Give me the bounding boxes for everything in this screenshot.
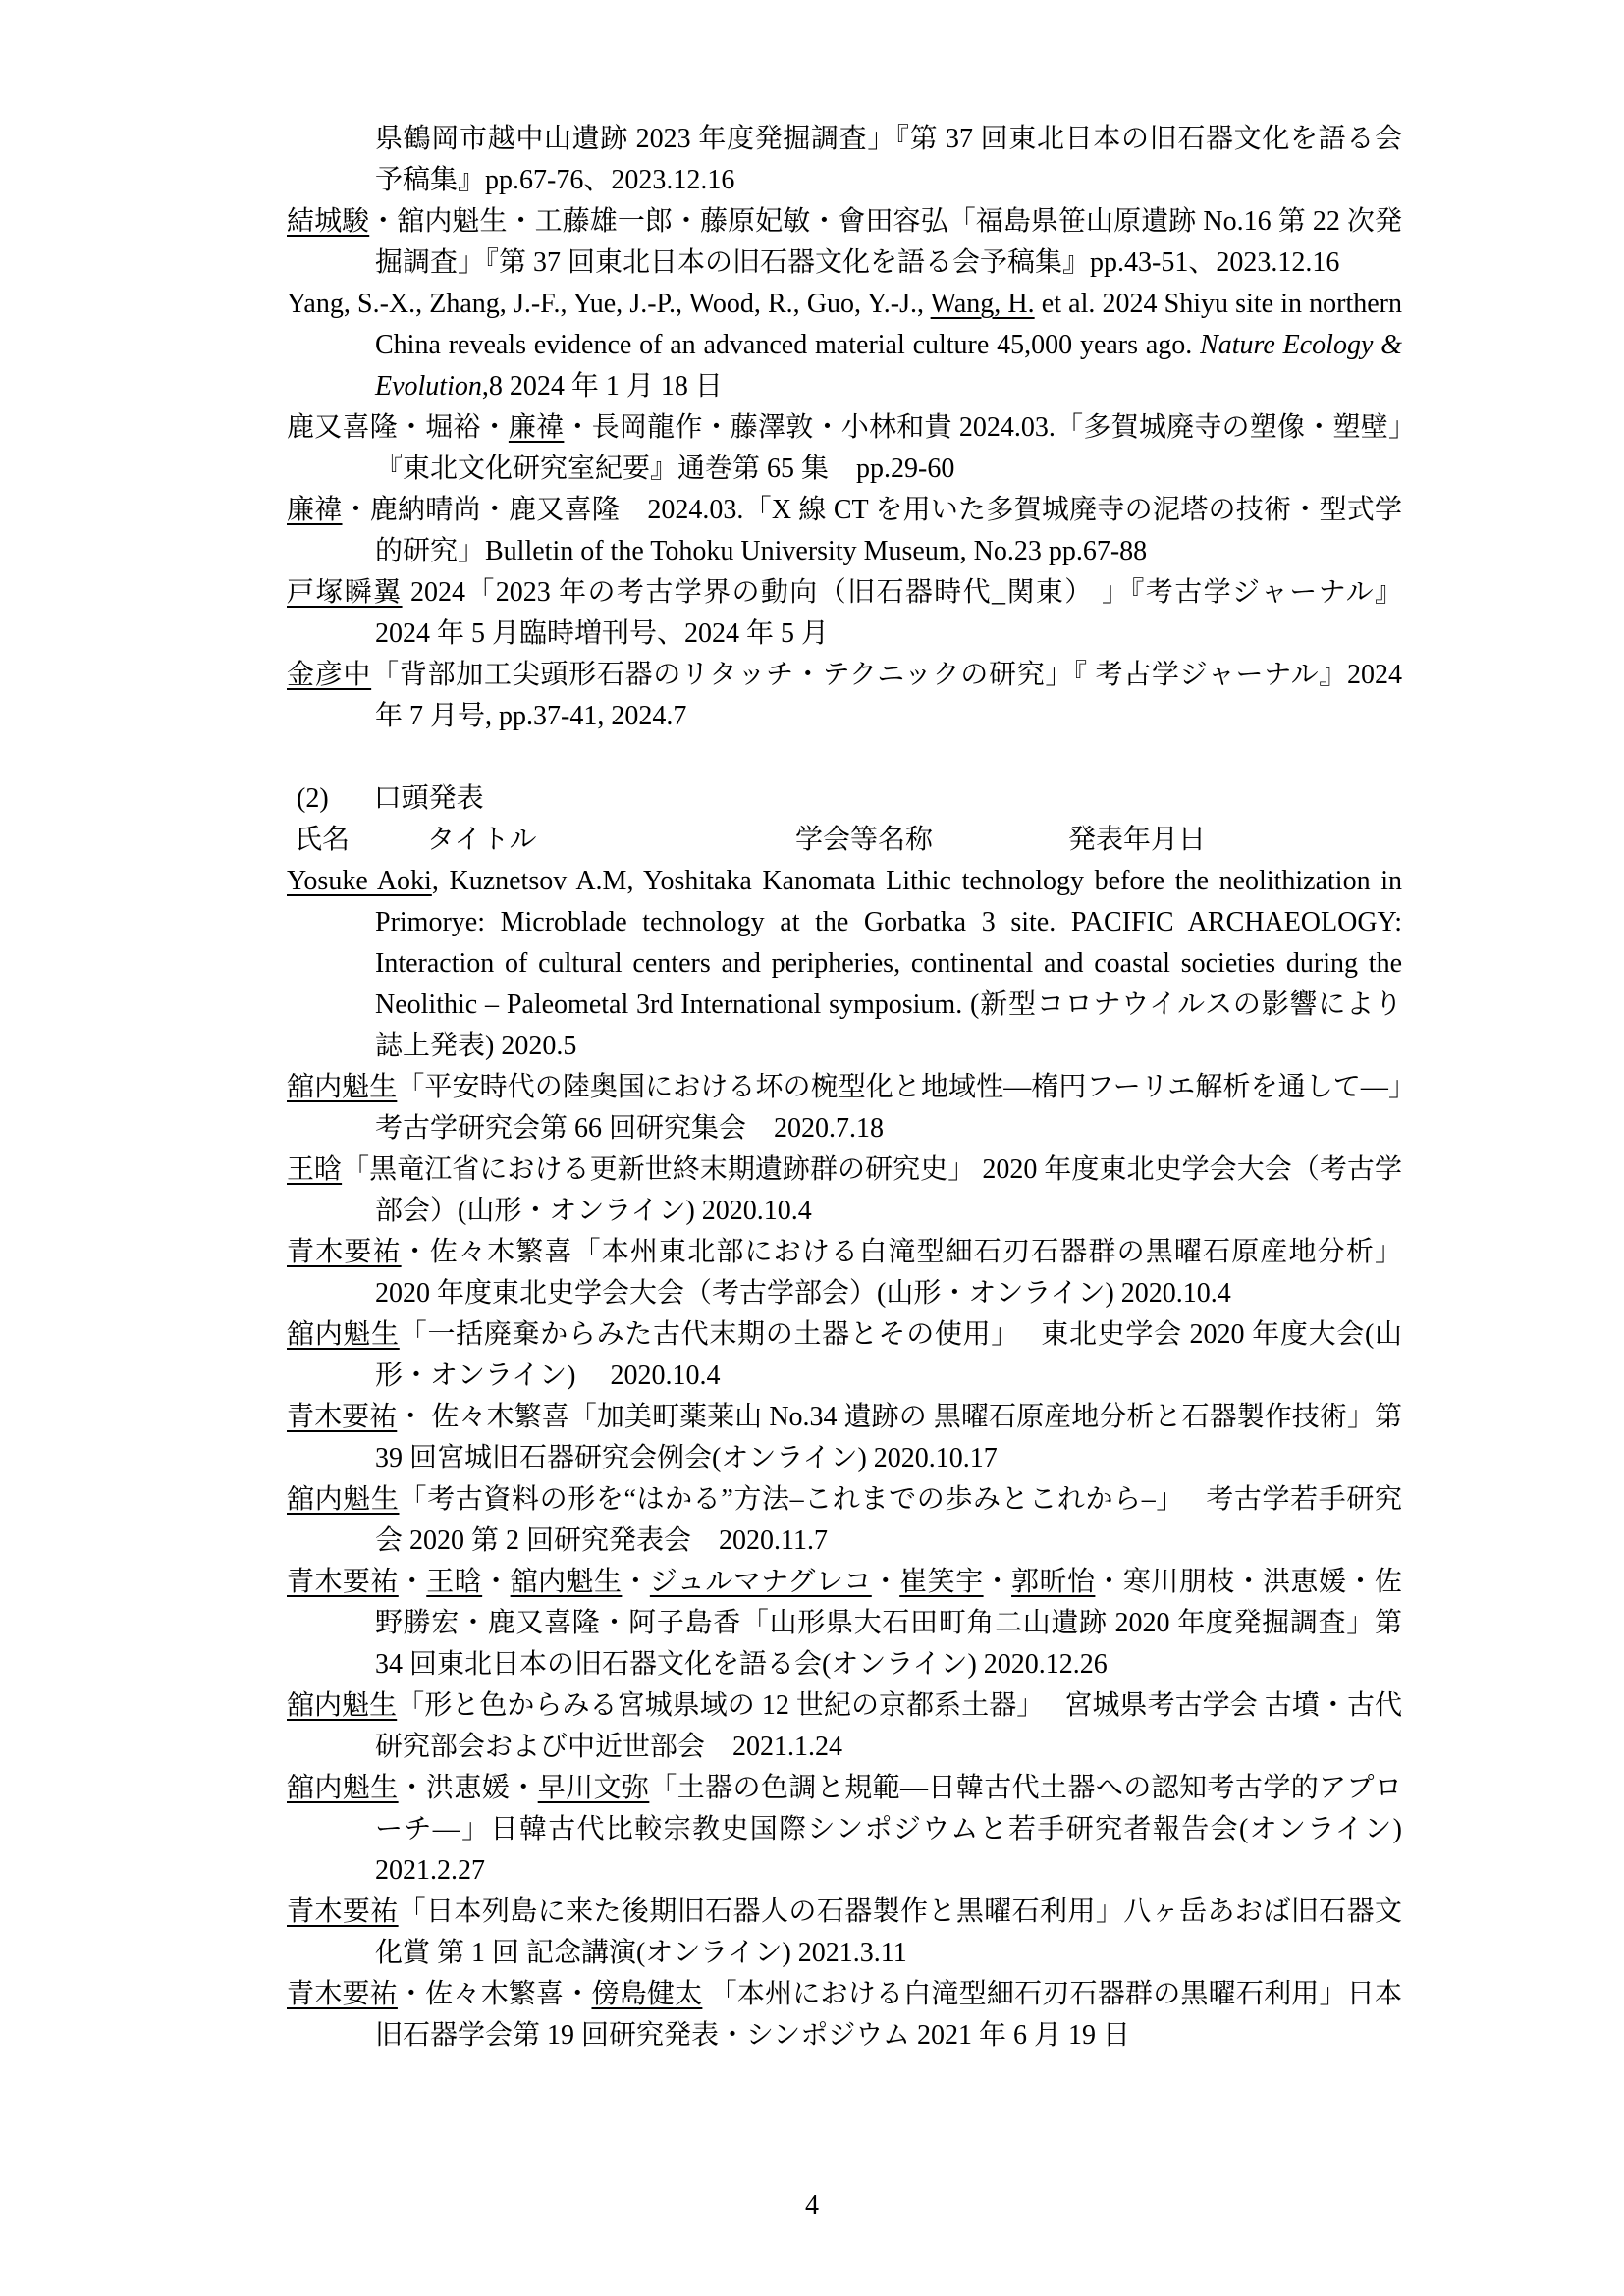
author-name-underlined: 早川文弥 — [538, 1773, 650, 1803]
presentation-entry: 青木要祐・佐々木繁喜「本州東北部における白滝型細石刃石器群の黒曜石原産地分析」2… — [287, 1232, 1402, 1314]
author-name-underlined: 舘内魁生 — [287, 1690, 397, 1721]
document-page: 県鶴岡市越中山遺跡 2023 年度発掘調査」『第 37 回東北日本の旧石器文化を… — [0, 0, 1624, 2296]
text-run: 「一括廃棄からみた古代末期の土器とその使用」 東北史学会 2020 年度大会(山… — [375, 1319, 1402, 1391]
reference-entry: 鹿又喜隆・堀裕・廉禕・長岡龍作・藤澤敦・小林和貴 2024.03.「多賀城廃寺の… — [287, 407, 1402, 490]
text-run: ・ — [872, 1567, 899, 1597]
column-header-title: タイトル — [427, 820, 536, 861]
author-name-underlined: 廉禕 — [509, 412, 564, 443]
author-name-underlined: Wang, H. — [931, 289, 1035, 319]
author-name-underlined: 王晗 — [287, 1154, 342, 1185]
text-run: , Kuznetsov A.M, Yoshitaka Kanomata Lith… — [375, 866, 1402, 1061]
text-run: ・ 佐々木繁喜「加美町薬莱山 No.34 遺跡の 黒曜石原産地分析と石器製作技術… — [375, 1402, 1402, 1473]
text-run: ・鹿納晴尚・鹿又喜隆 2024.03.「X 線 CT を用いた多賀城廃寺の泥塔の… — [343, 495, 1402, 566]
publication-list: 結城駿・舘内魁生・工藤雄一郎・藤原妃敏・會田容弘「福島県笹山原遺跡 No.16 … — [287, 201, 1402, 737]
reference-entry-continuation: 県鶴岡市越中山遺跡 2023 年度発掘調査」『第 37 回東北日本の旧石器文化を… — [287, 119, 1402, 201]
reference-entry: 廉禕・鹿納晴尚・鹿又喜隆 2024.03.「X 線 CT を用いた多賀城廃寺の泥… — [287, 490, 1402, 572]
column-header-name: 氏名 — [295, 820, 350, 861]
reference-entry: 結城駿・舘内魁生・工藤雄一郎・藤原妃敏・會田容弘「福島県笹山原遺跡 No.16 … — [287, 201, 1402, 284]
author-name-underlined: 舘内魁生 — [287, 1773, 399, 1803]
reference-entry: 戸塚瞬翼 2024「2023 年の考古学界の動向（旧石器時代_関東） 」『考古学… — [287, 572, 1402, 655]
text-run: ・洪恵媛・ — [399, 1773, 538, 1803]
author-name-underlined: 青木要祐 — [287, 1402, 397, 1432]
author-name-underlined: 青木要祐 — [287, 1567, 399, 1597]
reference-entry: Yang, S.-X., Zhang, J.-F., Yue, J.-P., W… — [287, 284, 1402, 407]
presentation-entry: 舘内魁生「一括廃棄からみた古代末期の土器とその使用」 東北史学会 2020 年度… — [287, 1314, 1402, 1397]
text-run: ・ — [482, 1567, 510, 1597]
presentation-entry: 舘内魁生「形と色からみる宮城県域の 12 世紀の京都系土器」 宮城県考古学会 古… — [287, 1685, 1402, 1768]
author-name-underlined: 舘内魁生 — [287, 1319, 400, 1350]
author-name-underlined: 戸塚瞬翼 — [287, 577, 403, 608]
section-title: 口頭発表 — [374, 783, 484, 814]
presentation-entry: 舘内魁生「考古資料の形を“はかる”方法–これまでの歩みとこれから–」 考古学若手… — [287, 1479, 1402, 1562]
text-run: ・ — [399, 1567, 426, 1597]
page-number: 4 — [0, 2185, 1624, 2226]
section-heading: (2)口頭発表 — [287, 778, 1402, 820]
author-name-underlined: 崔笑宇 — [899, 1567, 983, 1597]
column-header-conference: 学会等名称 — [795, 820, 933, 861]
text-run: 「形と色からみる宮城県域の 12 世紀の京都系土器」 宮城県考古学会 古墳・古代… — [375, 1690, 1402, 1762]
text-run: 2024「2023 年の考古学界の動向（旧石器時代_関東） 」『考古学ジャーナル… — [375, 577, 1402, 649]
author-name-underlined: 結城駿 — [287, 206, 369, 237]
author-name-underlined: 金彦中 — [287, 660, 371, 690]
presentation-list: Yosuke Aoki, Kuznetsov A.M, Yoshitaka Ka… — [287, 861, 1402, 2056]
author-name-underlined: 郭昕怡 — [1011, 1567, 1095, 1597]
presentation-entry: 青木要祐・佐々木繁喜・傍島健太 「本州における白滝型細石刃石器群の黒曜石利用」日… — [287, 1974, 1402, 2056]
author-name-underlined: 舘内魁生 — [511, 1567, 623, 1597]
author-name-underlined: 傍島健太 — [591, 1979, 702, 2009]
reference-entry: 金彦中「背部加工尖頭形石器のリタッチ・テクニックの研究」『 考古学ジャーナル』2… — [287, 655, 1402, 737]
blank-line — [287, 737, 1402, 778]
author-name-underlined: 舘内魁生 — [287, 1484, 400, 1515]
text-run: 「黒竜江省における更新世終末期遺跡群の研究史」 2020 年度東北史学会大会（考… — [342, 1154, 1402, 1226]
author-name-underlined: 王晗 — [426, 1567, 482, 1597]
presentation-entry: 舘内魁生・洪恵媛・早川文弥「土器の色調と規範―日韓古代土器への認知考古学的アプロ… — [287, 1768, 1402, 1892]
text-run: ・ — [984, 1567, 1011, 1597]
table-header-row: 氏名 タイトル 学会等名称 発表年月日 — [287, 820, 1402, 861]
author-name-underlined: ジュルマナグレコ — [650, 1567, 872, 1597]
presentation-entry: 王晗「黒竜江省における更新世終末期遺跡群の研究史」 2020 年度東北史学会大会… — [287, 1149, 1402, 1232]
text-run: 「背部加工尖頭形石器のリタッチ・テクニックの研究」『 考古学ジャーナル』2024… — [371, 660, 1402, 731]
text-run: ・ — [622, 1567, 649, 1597]
presentation-entry: 舘内魁生「平安時代の陸奥国における坏の椀型化と地域性―楕円フーリエ解析を通して―… — [287, 1067, 1402, 1149]
author-name-underlined: 廉禕 — [287, 495, 343, 525]
text-run: ・佐々木繁喜「本州東北部における白滝型細石刃石器群の黒曜石原産地分析」2020 … — [375, 1237, 1402, 1308]
section-number: (2) — [297, 783, 329, 814]
text-run: 県鶴岡市越中山遺跡 2023 年度発掘調査」『第 37 回東北日本の旧石器文化を… — [375, 124, 1402, 195]
author-name-underlined: Yosuke Aoki — [287, 866, 432, 896]
text-run: 「平安時代の陸奥国における坏の椀型化と地域性―楕円フーリエ解析を通して―」考古学… — [375, 1072, 1402, 1144]
presentation-entry: 青木要祐「日本列島に来た後期旧石器人の石器製作と黒曜石利用」八ヶ岳あおば旧石器文… — [287, 1892, 1402, 1974]
author-name-underlined: 舘内魁生 — [287, 1072, 397, 1102]
text-run: 鹿又喜隆・堀裕・ — [287, 412, 509, 443]
text-run: 「考古資料の形を“はかる”方法–これまでの歩みとこれから–」 考古学若手研究会 … — [375, 1484, 1402, 1556]
text-run: ,8 2024 年 1 月 18 日 — [482, 371, 723, 401]
presentation-entry: 青木要祐・ 佐々木繁喜「加美町薬莱山 No.34 遺跡の 黒曜石原産地分析と石器… — [287, 1397, 1402, 1479]
column-header-date: 発表年月日 — [1068, 820, 1206, 861]
author-name-underlined: 青木要祐 — [287, 1237, 402, 1267]
author-name-underlined: 青木要祐 — [287, 1979, 398, 2009]
text-run: 「日本列島に来た後期旧石器人の石器製作と黒曜石利用」八ヶ岳あおば旧石器文化賞 第… — [375, 1896, 1402, 1968]
author-name-underlined: 青木要祐 — [287, 1896, 399, 1927]
text-run: Yang, S.-X., Zhang, J.-F., Yue, J.-P., W… — [287, 289, 931, 319]
text-run: ・舘内魁生・工藤雄一郎・藤原妃敏・會田容弘「福島県笹山原遺跡 No.16 第 2… — [369, 206, 1402, 278]
text-run: ・佐々木繁喜・ — [398, 1979, 592, 2009]
presentation-entry: Yosuke Aoki, Kuznetsov A.M, Yoshitaka Ka… — [287, 861, 1402, 1067]
page-content: 県鶴岡市越中山遺跡 2023 年度発掘調査」『第 37 回東北日本の旧石器文化を… — [287, 119, 1402, 2056]
presentation-entry: 青木要祐・王晗・舘内魁生・ジュルマナグレコ・崔笑宇・郭昕怡・寒川朋枝・洪恵媛・佐… — [287, 1562, 1402, 1685]
